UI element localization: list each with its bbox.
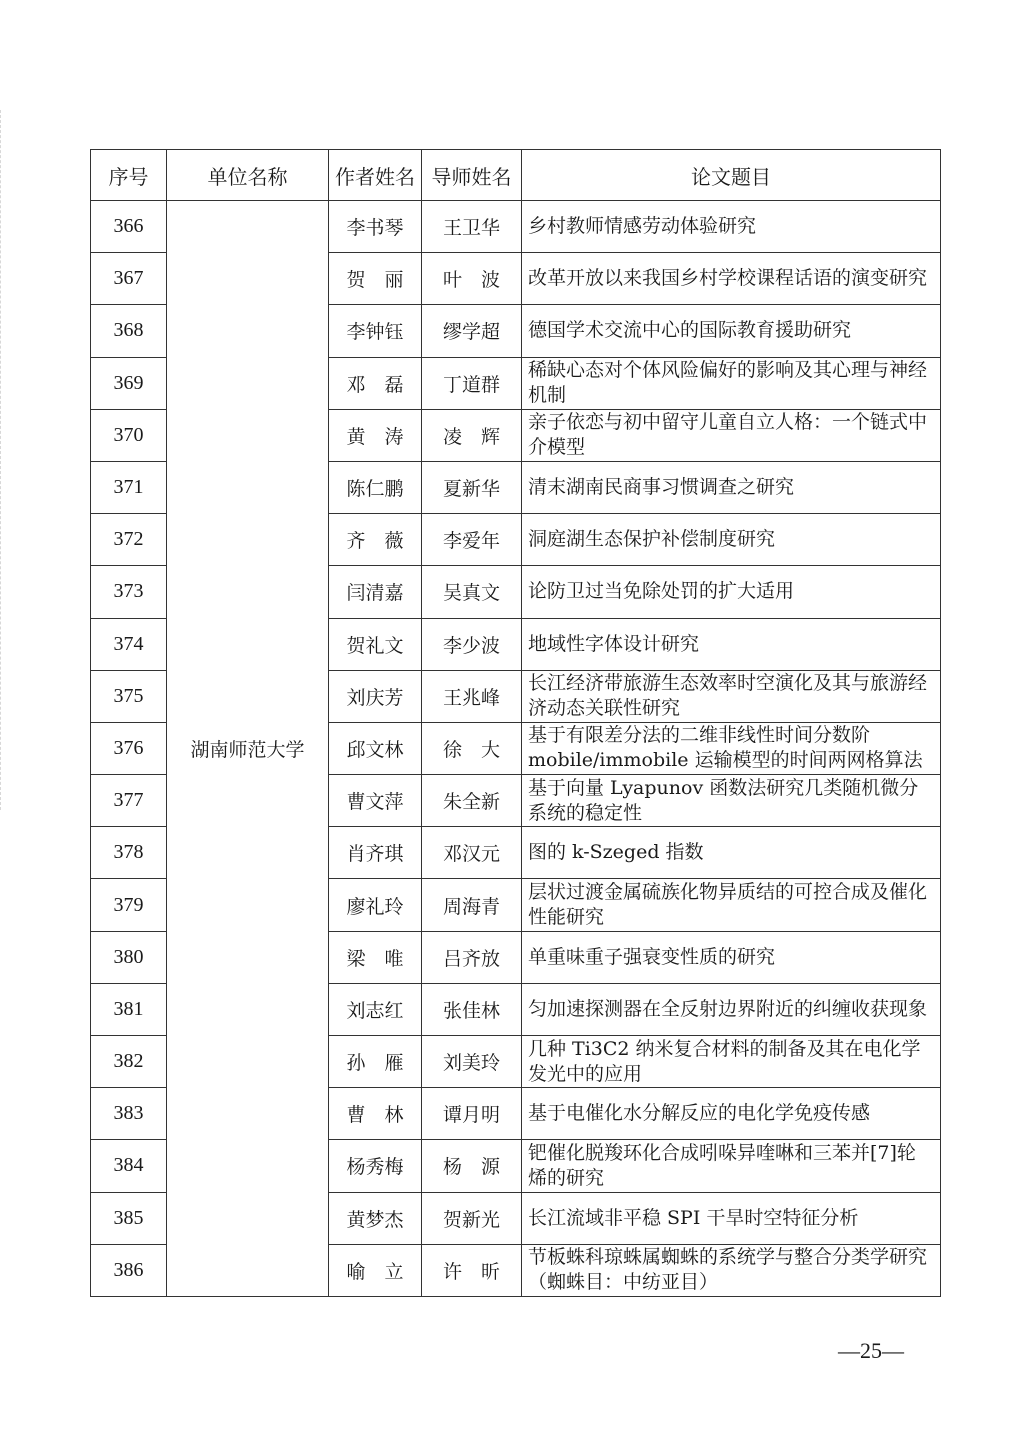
author-cell: 黄梦杰 [329, 1192, 422, 1244]
author-cell: 曹 林 [329, 1088, 422, 1140]
advisor-cell: 周海青 [422, 879, 522, 931]
header-unit: 单位名称 [167, 150, 329, 201]
author-cell: 廖礼玲 [329, 879, 422, 931]
advisor-cell: 张佳林 [422, 983, 522, 1035]
header-advisor: 导师姓名 [422, 150, 522, 201]
serial-cell: 378 [91, 827, 167, 879]
thesis-title-cell: 匀加速探测器在全反射边界附近的纠缠收获现象 [522, 983, 941, 1035]
serial-cell: 385 [91, 1192, 167, 1244]
author-cell: 黄 涛 [329, 409, 422, 461]
author-cell: 孙 雁 [329, 1036, 422, 1088]
thesis-title-cell: 稀缺心态对个体风险偏好的影响及其心理与神经机制 [522, 357, 941, 409]
advisor-cell: 吕齐放 [422, 931, 522, 983]
advisor-cell: 徐 大 [422, 722, 522, 774]
thesis-title-cell: 亲子依恋与初中留守儿童自立人格：一个链式中介模型 [522, 409, 941, 461]
advisor-cell: 朱全新 [422, 775, 522, 827]
author-cell: 邱文林 [329, 722, 422, 774]
serial-cell: 373 [91, 566, 167, 618]
serial-cell: 369 [91, 357, 167, 409]
author-cell: 贺 丽 [329, 253, 422, 305]
advisor-cell: 王兆峰 [422, 670, 522, 722]
author-cell: 肖齐琪 [329, 827, 422, 879]
author-cell: 贺礼文 [329, 618, 422, 670]
thesis-title-cell: 节板蛛科琼蛛属蜘蛛的系统学与整合分类学研究（蜘蛛目：中纺亚目） [522, 1244, 941, 1296]
author-cell: 刘庆芳 [329, 670, 422, 722]
author-cell: 杨秀梅 [329, 1140, 422, 1192]
scan-edge-mark [0, 110, 5, 810]
serial-cell: 382 [91, 1036, 167, 1088]
thesis-title-cell: 清末湖南民商事习惯调查之研究 [522, 461, 941, 513]
advisor-cell: 夏新华 [422, 461, 522, 513]
table-header-row: 序号 单位名称 作者姓名 导师姓名 论文题目 [91, 150, 941, 201]
advisor-cell: 凌 辉 [422, 409, 522, 461]
serial-cell: 375 [91, 670, 167, 722]
author-cell: 刘志红 [329, 983, 422, 1035]
thesis-title-cell: 长江流域非平稳 SPI 干旱时空特征分析 [522, 1192, 941, 1244]
serial-cell: 370 [91, 409, 167, 461]
advisor-cell: 谭月明 [422, 1088, 522, 1140]
author-cell: 邓 磊 [329, 357, 422, 409]
thesis-title-cell: 长江经济带旅游生态效率时空演化及其与旅游经济动态关联性研究 [522, 670, 941, 722]
thesis-title-cell: 基于有限差分法的二维非线性时间分数阶mobile/immobile 运输模型的时… [522, 722, 941, 774]
advisor-cell: 邓汉元 [422, 827, 522, 879]
advisor-cell: 缪学超 [422, 305, 522, 357]
serial-cell: 383 [91, 1088, 167, 1140]
advisor-cell: 王卫华 [422, 201, 522, 253]
serial-cell: 380 [91, 931, 167, 983]
advisor-cell: 吴真文 [422, 566, 522, 618]
thesis-title-cell: 图的 k-Szeged 指数 [522, 827, 941, 879]
author-cell: 曹文萍 [329, 775, 422, 827]
serial-cell: 374 [91, 618, 167, 670]
thesis-title-cell: 论防卫过当免除处罚的扩大适用 [522, 566, 941, 618]
advisor-cell: 刘美玲 [422, 1036, 522, 1088]
unit-cell: 湖南师范大学 [167, 201, 329, 1297]
table-row: 366湖南师范大学李书琴王卫华乡村教师情感劳动体验研究 [91, 201, 941, 253]
author-cell: 喻 立 [329, 1244, 422, 1296]
header-title: 论文题目 [522, 150, 941, 201]
advisor-cell: 李爱年 [422, 514, 522, 566]
author-cell: 齐 薇 [329, 514, 422, 566]
header-serial: 序号 [91, 150, 167, 201]
page-number: —25— [838, 1338, 904, 1364]
author-cell: 陈仁鹏 [329, 461, 422, 513]
author-cell: 李书琴 [329, 201, 422, 253]
serial-cell: 384 [91, 1140, 167, 1192]
serial-cell: 386 [91, 1244, 167, 1296]
serial-cell: 367 [91, 253, 167, 305]
header-author: 作者姓名 [329, 150, 422, 201]
advisor-cell: 贺新光 [422, 1192, 522, 1244]
advisor-cell: 丁道群 [422, 357, 522, 409]
author-cell: 梁 唯 [329, 931, 422, 983]
thesis-title-cell: 单重味重子强衰变性质的研究 [522, 931, 941, 983]
advisor-cell: 李少波 [422, 618, 522, 670]
thesis-title-cell: 洞庭湖生态保护补偿制度研究 [522, 514, 941, 566]
thesis-title-cell: 德国学术交流中心的国际教育援助研究 [522, 305, 941, 357]
serial-cell: 376 [91, 722, 167, 774]
thesis-title-cell: 基于电催化水分解反应的电化学免疫传感 [522, 1088, 941, 1140]
serial-cell: 366 [91, 201, 167, 253]
thesis-title-cell: 乡村教师情感劳动体验研究 [522, 201, 941, 253]
thesis-title-cell: 钯催化脱羧环化合成吲哚异喹啉和三苯并[7]轮烯的研究 [522, 1140, 941, 1192]
thesis-list-table: 序号 单位名称 作者姓名 导师姓名 论文题目 366湖南师范大学李书琴王卫华乡村… [90, 149, 941, 1297]
serial-cell: 381 [91, 983, 167, 1035]
author-cell: 闫清嘉 [329, 566, 422, 618]
thesis-title-cell: 层状过渡金属硫族化物异质结的可控合成及催化性能研究 [522, 879, 941, 931]
author-cell: 李钟钰 [329, 305, 422, 357]
advisor-cell: 杨 源 [422, 1140, 522, 1192]
serial-cell: 377 [91, 775, 167, 827]
serial-cell: 379 [91, 879, 167, 931]
serial-cell: 372 [91, 514, 167, 566]
advisor-cell: 许 昕 [422, 1244, 522, 1296]
thesis-title-cell: 基于向量 Lyapunov 函数法研究几类随机微分系统的稳定性 [522, 775, 941, 827]
serial-cell: 368 [91, 305, 167, 357]
serial-cell: 371 [91, 461, 167, 513]
thesis-title-cell: 几种 Ti3C2 纳米复合材料的制备及其在电化学发光中的应用 [522, 1036, 941, 1088]
thesis-title-cell: 地域性字体设计研究 [522, 618, 941, 670]
advisor-cell: 叶 波 [422, 253, 522, 305]
thesis-title-cell: 改革开放以来我国乡村学校课程话语的演变研究 [522, 253, 941, 305]
